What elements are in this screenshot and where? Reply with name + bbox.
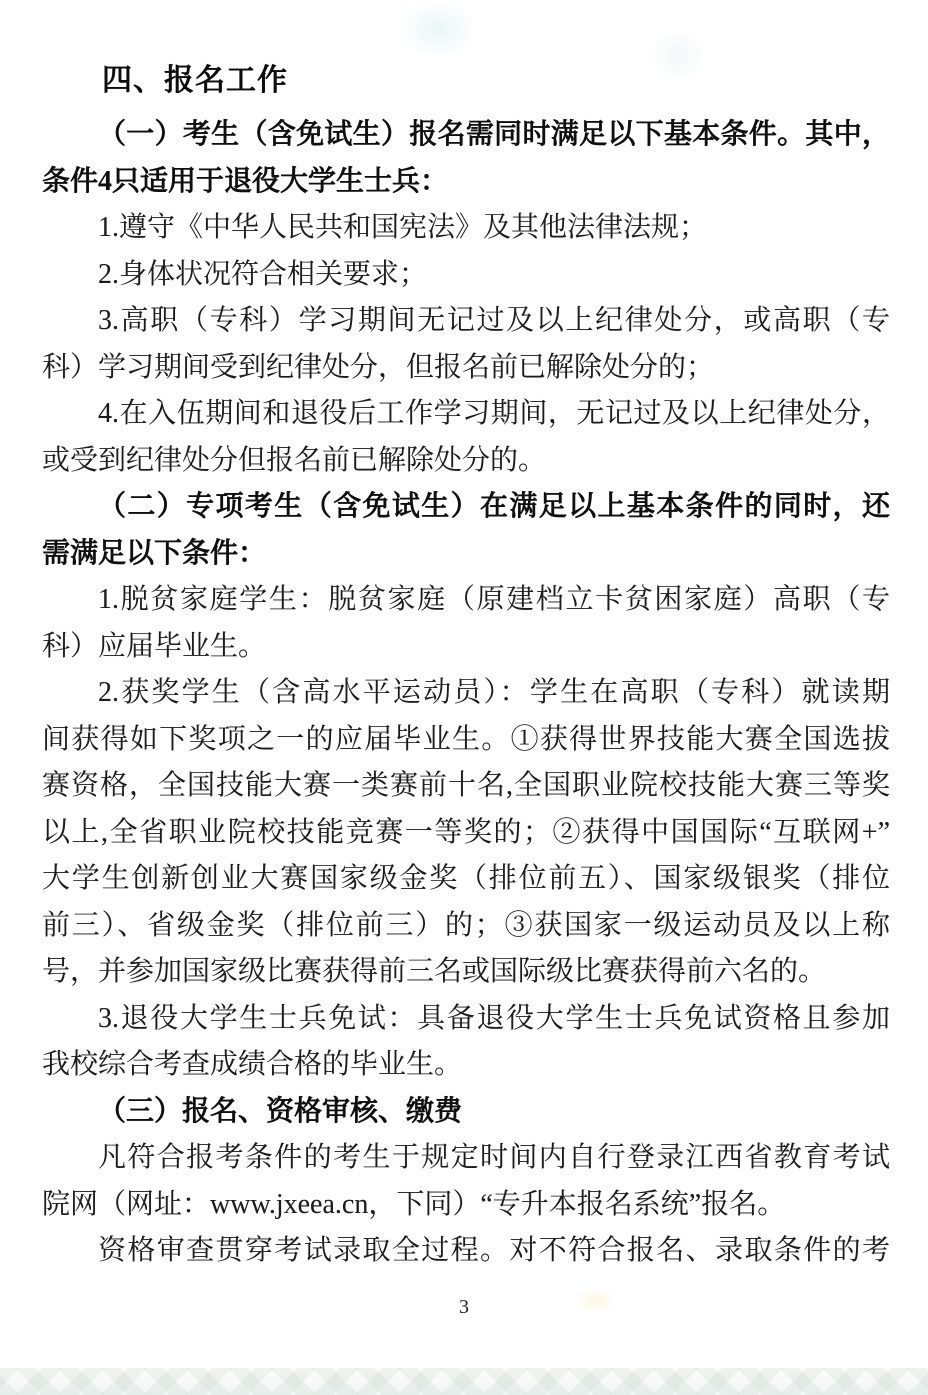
text-line: 前三）、省级金奖（排位前三）的；③获国家一级运动员及以上称	[42, 903, 890, 950]
text-line: 条件4只适用于退役大学生士兵：	[42, 159, 890, 206]
text-line: 院网（网址：www.jxeea.cn，下同）“专升本报名系统”报名。	[42, 1182, 890, 1229]
text-line: 赛资格，全国技能大赛一类赛前十名,全国职业院校技能大赛三等奖	[42, 763, 890, 810]
text-line: 3.高职（专科）学习期间无记过及以上纪律处分，或高职（专	[42, 298, 890, 345]
text-line: （一）考生（含免试生）报名需同时满足以下基本条件。其中，	[42, 112, 890, 159]
text-line: 或受到纪律处分但报名前已解除处分的。	[42, 438, 890, 485]
text-line: 科）学习期间受到纪律处分，但报名前已解除处分的；	[42, 345, 890, 392]
text-line: 凡符合报考条件的考生于规定时间内自行登录江西省教育考试	[42, 1135, 890, 1182]
text-line: 1.脱贫家庭学生：脱贫家庭（原建档立卡贫困家庭）高职（专	[42, 577, 890, 624]
text-line: 间获得如下奖项之一的应届毕业生。①获得世界技能大赛全国选拔	[42, 717, 890, 764]
text-line: 科）应届毕业生。	[42, 624, 890, 671]
page-number: 3	[0, 1296, 928, 1319]
document-page: 四、报名工作 （一）考生（含免试生）报名需同时满足以下基本条件。其中， 条件4只…	[0, 0, 928, 1395]
text-line: 资格审查贯穿考试录取全过程。对不符合报名、录取条件的考	[42, 1228, 890, 1275]
scan-edge-artifact	[0, 1368, 928, 1395]
text-line: 以上,全省职业院校技能竞赛一等奖的；②获得中国国际“互联网+”	[42, 810, 890, 857]
text-line: （三）报名、资格审核、缴费	[42, 1089, 890, 1136]
text-line: 需满足以下条件：	[42, 531, 890, 578]
text-line: （二）专项考生（含免试生）在满足以上基本条件的同时，还	[42, 484, 890, 531]
text-line: 3.退役大学生士兵免试：具备退役大学生士兵免试资格且参加	[42, 996, 890, 1043]
text-line: 4.在入伍期间和退役后工作学习期间，无记过及以上纪律处分，	[42, 391, 890, 438]
text-line: 我校综合考查成绩合格的毕业生。	[42, 1042, 890, 1089]
section-heading: 四、报名工作	[42, 57, 890, 104]
scan-smudge	[398, 0, 478, 58]
text-line: 1.遵守《中华人民共和国宪法》及其他法律法规；	[42, 205, 890, 252]
text-line: 2.身体状况符合相关要求；	[42, 252, 890, 299]
text-line: 大学生创新创业大赛国家级金奖（排位前五）、国家级银奖（排位	[42, 856, 890, 903]
text-line: 号，并参加国家级比赛获得前三名或国际级比赛获得前六名的。	[42, 949, 890, 996]
text-line: 2.获奖学生（含高水平运动员）：学生在高职（专科）就读期	[42, 670, 890, 717]
document-body: 四、报名工作 （一）考生（含免试生）报名需同时满足以下基本条件。其中， 条件4只…	[42, 57, 890, 1275]
